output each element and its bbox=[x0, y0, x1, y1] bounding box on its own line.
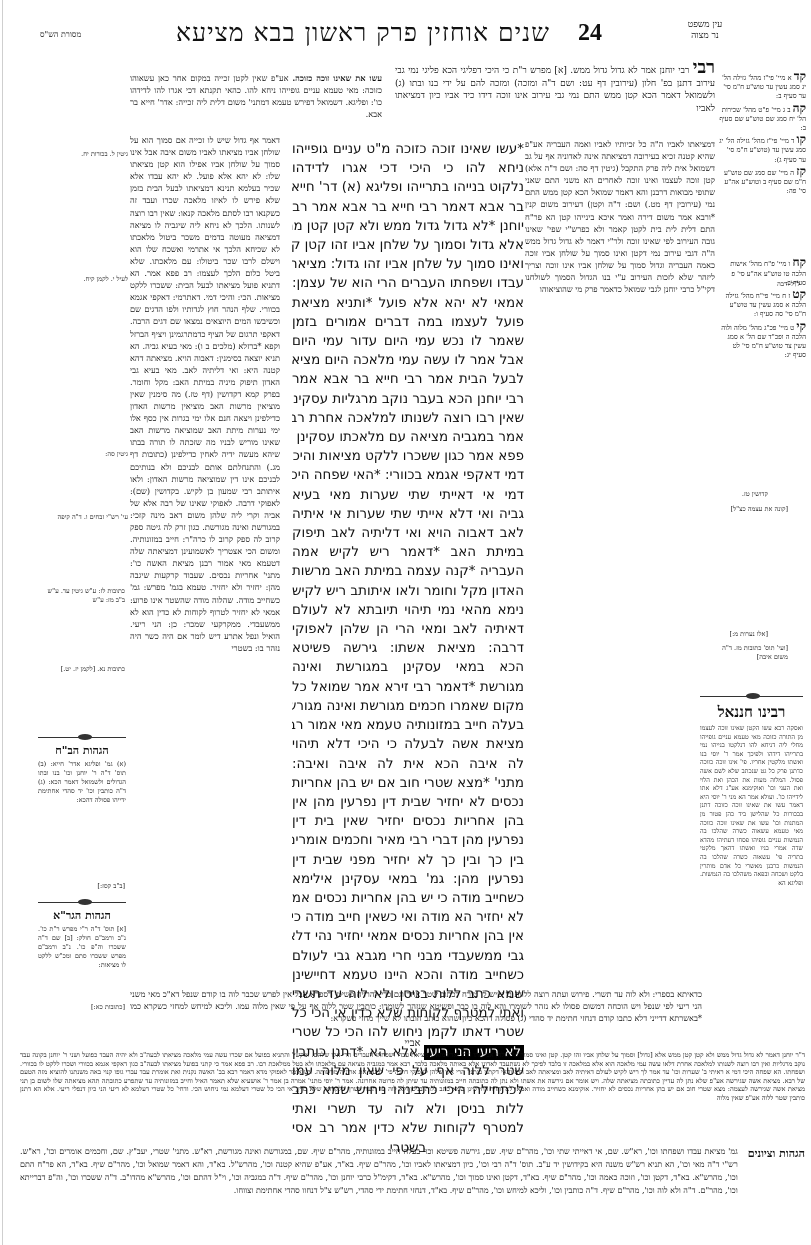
gemara-line: נפרעין מהן: גמ' במאי עסקינן אילימא bbox=[292, 870, 524, 889]
mesoret-note: [קונה את עצמה כצ"ל] bbox=[708, 505, 788, 514]
hagahot-bach-text: (א) גמ' ופליגא אדר' חייא: (ב) תוס' ד"ה ר… bbox=[38, 760, 126, 805]
ein-mishpat-entry: קט ז ח מיי' פי"ח מהל' גזילה הלכה א סמג ע… bbox=[718, 290, 806, 320]
ein-mishpat-letter: קו bbox=[797, 132, 807, 146]
ornament-divider bbox=[700, 692, 803, 700]
gemara-line: דמי דאקפי אגמא בכוורי: *האי שפחה היכי bbox=[292, 466, 524, 485]
tosafot-intro: עשו את שאינו זוכה כזוכה. אע"פ שאין לקטן … bbox=[130, 72, 382, 120]
ein-mishpat-text: ד מיי' פי"ז מהל' גזילה הל' יג סמג עשין ע… bbox=[719, 137, 806, 163]
gemara-line: אין בהן אחריות נכסים אמאי יחזיר נהי דלא bbox=[292, 927, 524, 946]
gemara-line: גבי ממשעבדי מבני חרי מגבא גבי לעולם bbox=[292, 947, 524, 966]
gemara-line: אבל אמר לו עשה עמי מלאכה היום מציאתו bbox=[292, 351, 524, 370]
gemara-line: בין כך ובין כך לא יחזיר מפני שבית דין bbox=[292, 851, 524, 870]
gemara-line: נלקוט בנייהו בתרייהו ופליגא (א) דר' חייא bbox=[292, 178, 524, 197]
ein-mishpat-entry: קה ב ג מיי' פ"ט מהל' שכירות הל' יח סמג ש… bbox=[718, 104, 806, 134]
gemara-line: דאיתיה לאב ומאי הרי הן שלהן לאפוקי bbox=[292, 620, 524, 639]
ornament-divider bbox=[38, 733, 126, 741]
page-number: 24 bbox=[578, 20, 602, 47]
ornament-divider bbox=[38, 898, 126, 906]
page-edge-rule bbox=[2, 0, 3, 1245]
ein-mishpat-letter: קי bbox=[796, 319, 806, 333]
gemara-line: בר אבא דאמר רבי חייא בר אבא אמר רבי bbox=[292, 198, 524, 217]
gemara-line: נפרעין מהן דברי רבי מאיר וחכמים אומרים bbox=[292, 831, 524, 850]
gemara-line: שאמר לו נכש עמי היום עדור עמי היום bbox=[292, 332, 524, 351]
gemara-line: גביה ואי דלא אייתי שתי שערות אי איתיה bbox=[292, 505, 524, 524]
footer-label: הגהות וציונים bbox=[748, 1145, 805, 1197]
ein-mishpat-column: קד א מיי' פי"ז מהל' גזילה הל' יג סמג עשי… bbox=[718, 72, 806, 362]
rabbeinu-chananel-title: רבינו חננאל bbox=[700, 703, 803, 722]
gemara-line: נימא מהאי נמי תיהוי תיובתא לא לעולם bbox=[292, 601, 524, 620]
gemara-line: פפא אמר כגון ששכרו ללקט מציאות והיכי bbox=[292, 447, 524, 466]
hagahot-gra-text: [א] תוס' ד"ה ר"י מפרש ר"ת כו'. נ"ב ורמב"… bbox=[38, 925, 126, 970]
ein-mishpat-entry: קז ה מיי' שם סמג שם טוש"ע ח"מ שם סעיף ב … bbox=[718, 167, 806, 197]
gemara-line: דרבה: מציאת אשתו: גירשה פשיטא bbox=[292, 639, 524, 658]
ein-mishpat-letter: קז bbox=[796, 164, 806, 178]
rashi-column: דמציאתו לאביו ה"ה כל זכיותיו לאביו ואמה … bbox=[525, 138, 715, 938]
gemara-line: פועל לעצמו במה דברים אמורים בזמן bbox=[292, 313, 524, 332]
mesoret-note: כתובות לז: ע"ש גיטין עד. ע"ש ב"ב מז: ע"ש bbox=[45, 587, 125, 605]
mesoret-note: לעיל י. לקמן קיח. bbox=[60, 275, 128, 284]
gemara-line: מקום שאמרו חכמים מגורשת ואינה מגורשת bbox=[292, 697, 524, 716]
rashi-intro: רבי רבי יוחנן אמר לא גדול גדול ממש. [א] … bbox=[395, 62, 715, 116]
rashi-lower-block: כדאיתא בספרי: ולא לוה עד תשרי. פירוש ועת… bbox=[130, 988, 702, 1024]
gemara-line: מגורשת *דאמר רבי זירא אמר שמואל כל bbox=[292, 678, 524, 697]
mesoret-note: גיטין סה: bbox=[60, 450, 128, 459]
mesoret-note: עי' רש"י זבחים ו. ד"ה קיפה bbox=[50, 513, 128, 522]
hagahot-gra-title: הגהות הגר"א bbox=[38, 909, 126, 922]
ein-mishpat-text: ט מיי' פכ"ג מהל' מלוה ולוה הלכה ה ופכ"ד … bbox=[721, 324, 806, 360]
gemara-line: ניחא להו כי היכי דכי אגרו לדידהו bbox=[292, 159, 524, 178]
gemara-line: ללות בניסן ולא לוה עד תשרי ואתי bbox=[292, 1100, 524, 1119]
gemara-line: *עשו שאינו זוכה כזוכה מ"ט עניים גופייהו bbox=[292, 140, 524, 159]
gemara-line: יוחנן *לא גדול גדול ממש ולא קטן קטן ממש bbox=[292, 217, 524, 236]
mesoret-note: כתובות נא. [לקמן יז. יט.] bbox=[45, 665, 125, 674]
gemara-lines: *עשו שאינו זוכה כזוכה מ"ט עניים גופייהונ… bbox=[292, 140, 524, 1043]
hagahot-bach-title: הגהות הב"ח bbox=[38, 744, 126, 757]
hagahot-bach-box: הגהות הב"ח (א) גמ' ופליגא אדר' חייא: (ב)… bbox=[38, 733, 126, 805]
gemara-line: אמר במגביה מציאה עם מלאכתו עסקינן רב bbox=[292, 428, 524, 447]
mesoret-note: [ב"ב קסז:] bbox=[70, 882, 125, 891]
continuation-title: אביי bbox=[20, 1038, 805, 1049]
gemara-line: דמי אי דאייתי שתי שערות מאי בעיא bbox=[292, 486, 524, 505]
gemara-line: מציאת אשה לבעלה כי היכי דלא תיהוי bbox=[292, 735, 524, 754]
gemara-line: לאב דאבוה הויא ואי דליתיה לאב תיפוק bbox=[292, 524, 524, 543]
tosafot-column: דאמר אף גדול שיש לו זכייה אם סמוך הוא על… bbox=[130, 134, 280, 934]
gemara-line: הכא במאי עסקינן במגורשת ואינה bbox=[292, 658, 524, 677]
footer-text: גמ' מציאת עבדו ושפחתו וכו', רא"ש. שם, אי… bbox=[20, 1145, 738, 1197]
ein-mishpat-list: קד א מיי' פי"ז מהל' גזילה הל' יג סמג עשי… bbox=[718, 72, 806, 360]
mesoret-label: מסורת הש"ס bbox=[40, 30, 81, 39]
hagahot-gra-box: הגהות הגר"א [א] תוס' ד"ה ר"י מפרש ר"ת כו… bbox=[38, 898, 126, 970]
mesoret-note: [ועי' תוס' כתובות מז. ד"ה משום איבה] bbox=[708, 644, 788, 662]
footer-block: הגהות וציונים גמ' מציאת עבדו ושפחתו וכו'… bbox=[20, 1145, 805, 1197]
gemara-line: לבעל הבית אמר רבי חייא בר אבא אמר bbox=[292, 370, 524, 389]
rabbeinu-chananel-text: ואסקה רבא עשו הקטן שאינו זוכה לעצמו מן ה… bbox=[700, 725, 803, 1025]
gemara-line: אמאי לא יהא אלא פועל *ותניא מציאת bbox=[292, 294, 524, 313]
gemara-line: בהן אחריות נכסים יחזיר שאין בית דין bbox=[292, 812, 524, 831]
gemara-line: בעלה חייב במזונותיה טעמא מאי אמור רבנן bbox=[292, 716, 524, 735]
gemara-line: העבריה *קנה עצמה במיתת האב מרשות bbox=[292, 562, 524, 581]
ein-mishpat-entry: קו ד מיי' פי"ז מהל' גזילה הל' יג סמג עשי… bbox=[718, 135, 806, 165]
gemara-line: שאין רבו רוצה לשנותו למלאכה אחרת רבא bbox=[292, 409, 524, 428]
gemara-line: ואינו סמוך על שלחן אביו זהו גדול: מציאת bbox=[292, 255, 524, 274]
ein-mishpat-entry: קי ט מיי' פכ"ג מהל' מלוה ולוה הלכה ה ופכ… bbox=[718, 322, 806, 361]
gemara-line: כשחייב מודה כי יש בהן אחריות נכסים אמאי bbox=[292, 889, 524, 908]
gemara-line: רבי יוחנן הכא בעבר נוקב מרגליות עסקינן bbox=[292, 390, 524, 409]
gemara-line: במיתת האב *דאמר ריש לקיש אמה bbox=[292, 543, 524, 562]
gemara-line: מתני' *מצא שטרי חוב אם יש בהן אחריות bbox=[292, 774, 524, 793]
ein-mishpat-letter: קט bbox=[792, 287, 806, 301]
gemara-line: אלא גדול וסמוך על שלחן אביו זהו קטן קטן bbox=[292, 236, 524, 255]
gemara-line: עבדו ושפחתו העברים הרי הוא של עצמן: bbox=[292, 274, 524, 293]
rashi-opening-word: רבי bbox=[693, 57, 715, 78]
mesoret-note: [אלו נערות מ:] bbox=[708, 630, 768, 639]
mesoret-note: [כתובות כא:] bbox=[60, 1003, 125, 1012]
ein-mishpat-text: ה מיי' שם סמג שם טוש"ע ח"מ שם סעיף ב וטו… bbox=[724, 169, 806, 195]
mesoret-note: גיטין ל. בכורות יח. bbox=[60, 150, 128, 159]
rabbeinu-chananel-box: רבינו חננאל ואסקה רבא עשו הקטן שאינו זוכ… bbox=[700, 692, 803, 1025]
gemara-line: האדון מקל וחומר ולאו איתותב ריש לקיש bbox=[292, 582, 524, 601]
continuation-text: ד"ר יוחנן דאמר לא גדול גדול ממש ולא קטן … bbox=[20, 1051, 805, 1103]
ein-mishpat-letter: קה bbox=[793, 101, 806, 115]
ein-mishpat-letter: קד bbox=[794, 69, 806, 83]
mesoret-note: קדושין טז. bbox=[708, 490, 768, 499]
page-title: שנים אוחזין פרק ראשון בבא מציעא bbox=[230, 18, 550, 48]
ein-mishpat-label: עין משפט נר מצוה bbox=[665, 20, 745, 42]
gemara-line: למטרף לקוחות שלא כדין אמר רב אסי bbox=[292, 1119, 524, 1138]
ein-mishpat-entry: קד א מיי' פי"ז מהל' גזילה הל' יג סמג עשי… bbox=[718, 72, 806, 102]
ein-mishpat-letter: קח bbox=[792, 255, 806, 269]
gemara-line: נכסים לא יחזיר שבית דין נפרעין מהן אין bbox=[292, 793, 524, 812]
gemara-line: לא יחזיר הא מודה ואי כשאין חייב מודה כי bbox=[292, 908, 524, 927]
ein-mishpat-note: ל"ל ורבה bbox=[740, 280, 800, 289]
rabbeinu-chananel-continuation: אביי ד"ר יוחנן דאמר לא גדול גדול ממש ולא… bbox=[20, 1038, 805, 1103]
gemara-line: כשחייב מודה והכא היינו טעמא דחיישינן bbox=[292, 966, 524, 985]
gemara-line: לה איבה הכא אית לה איבה ואיבה: bbox=[292, 755, 524, 774]
